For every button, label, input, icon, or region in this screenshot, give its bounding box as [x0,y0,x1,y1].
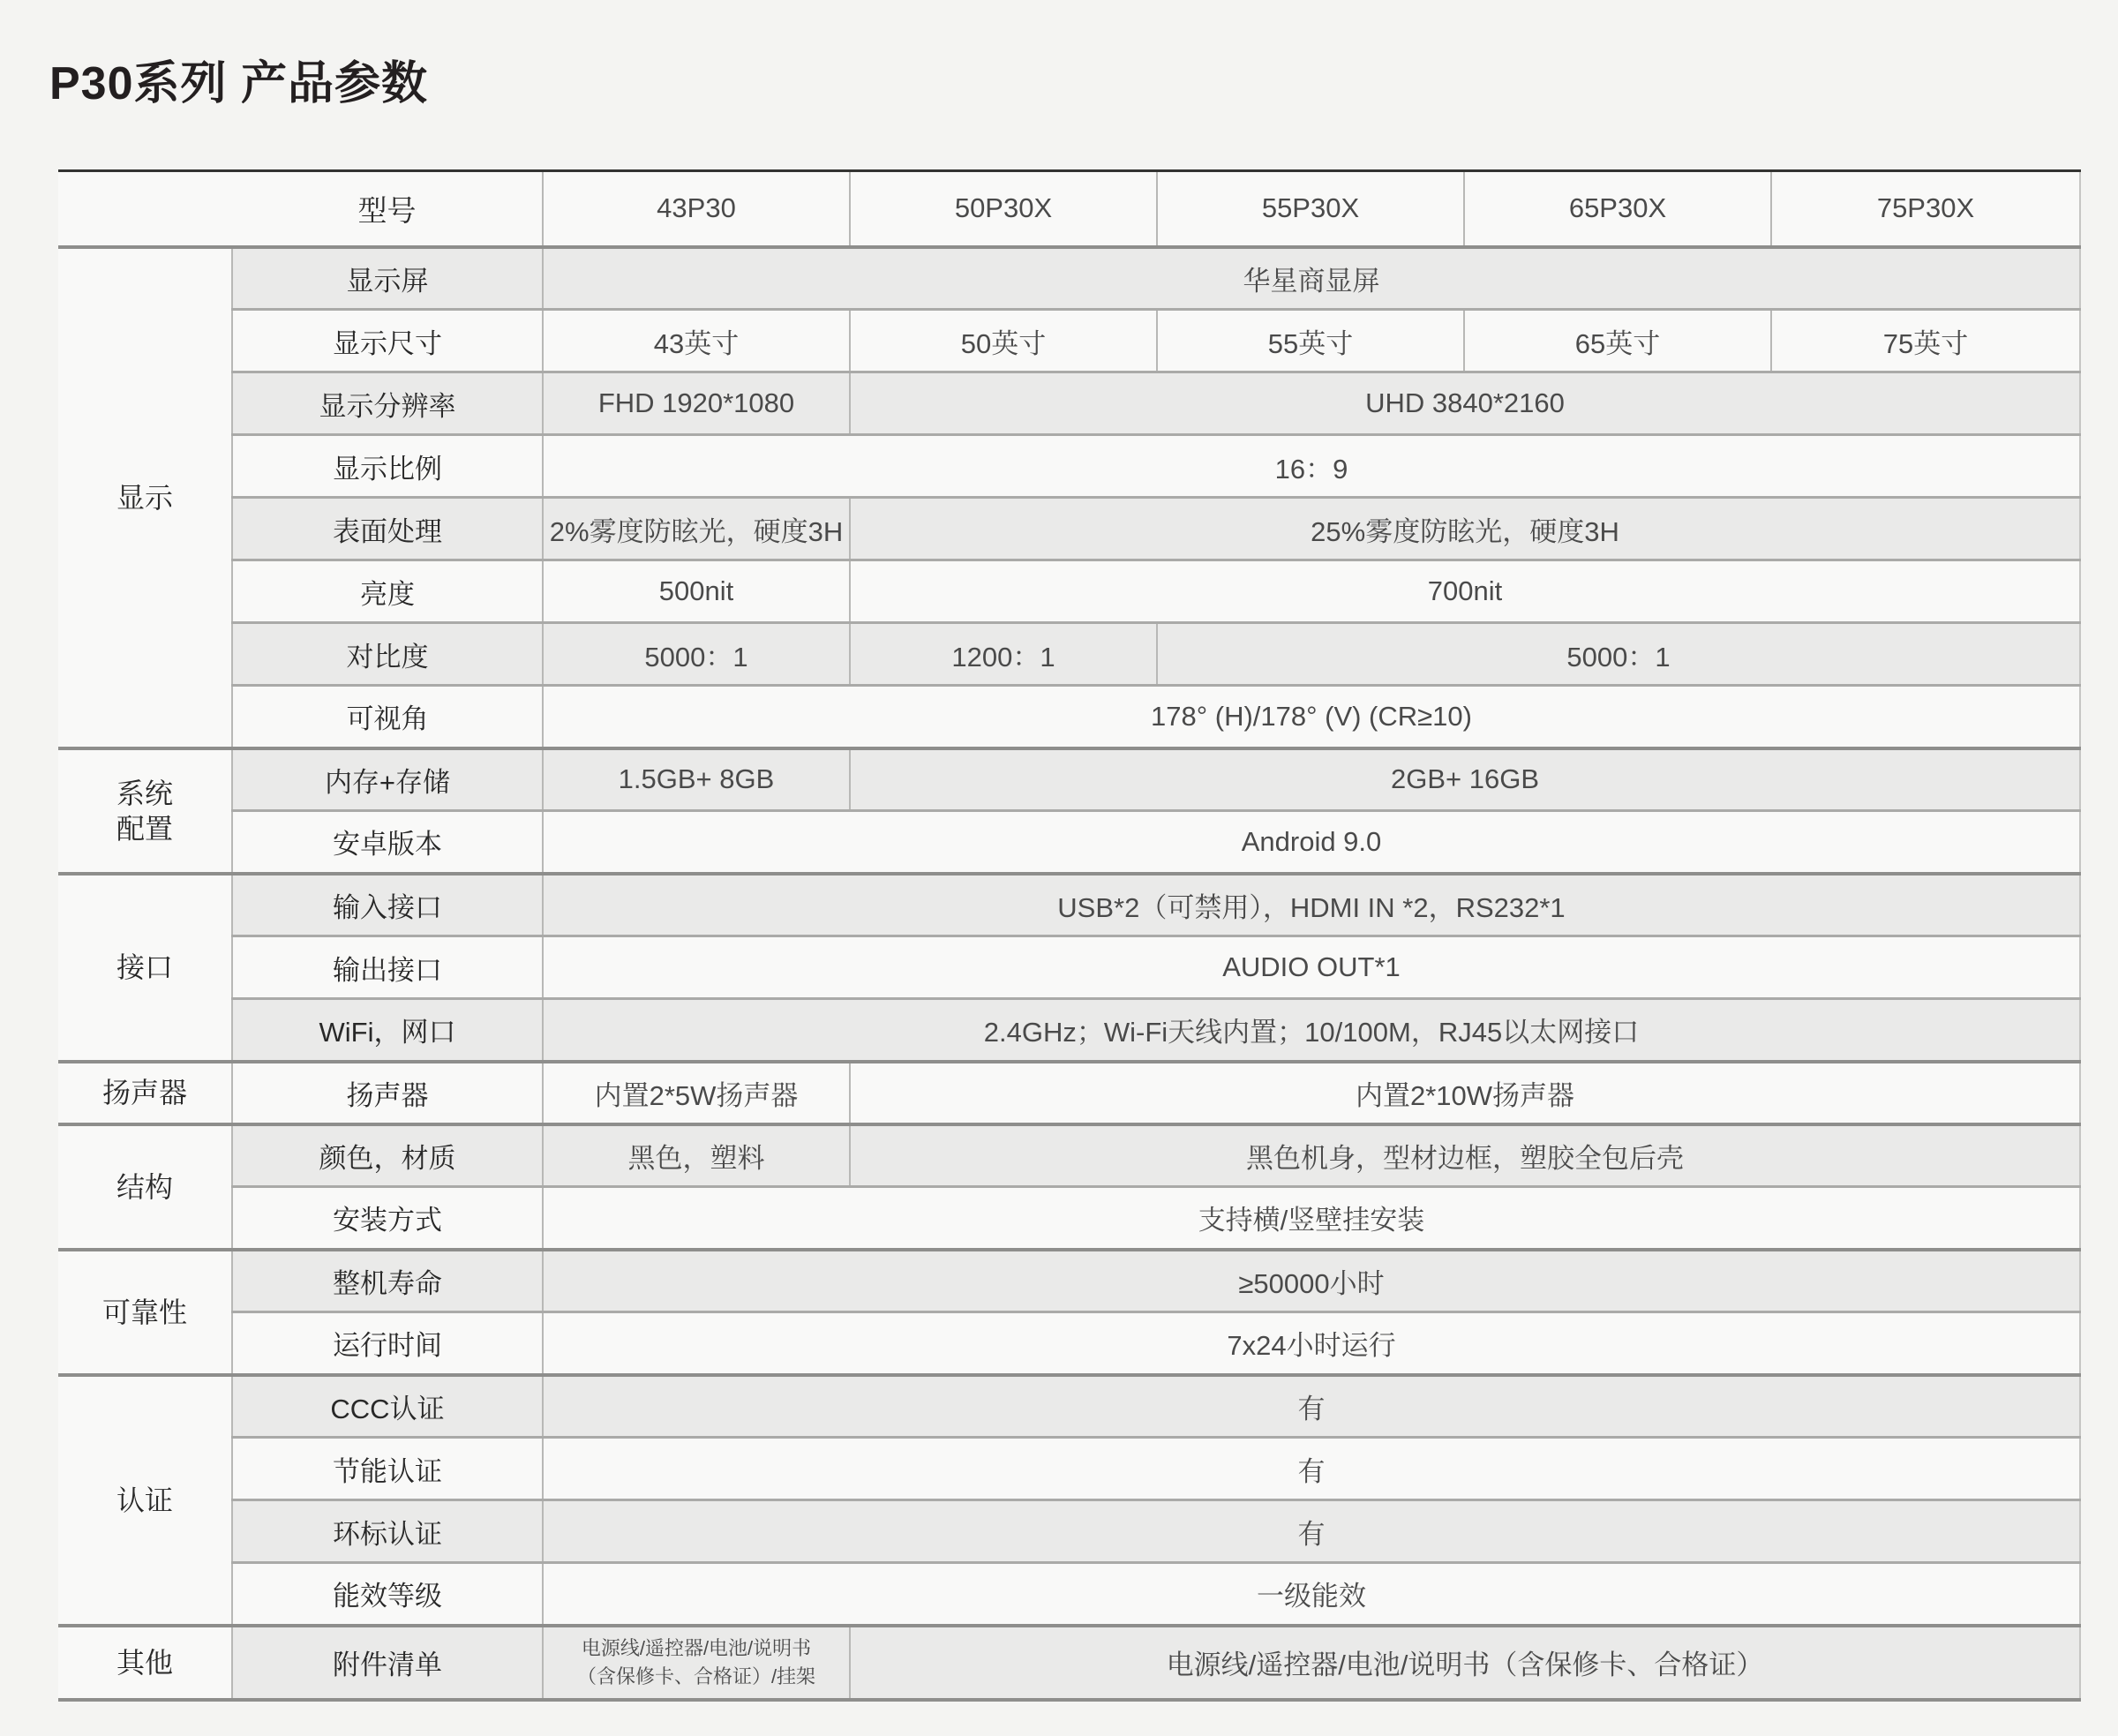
value-cell: AUDIO OUT*1 [543,936,2080,999]
column-header-model-55p30x: 55P30X [1157,171,1464,247]
value-cell: 2.4GHz；Wi-Fi天线内置；10/100M，RJ45以太网接口 [543,999,2080,1062]
row-label: CCC认证 [232,1375,543,1438]
value-cell: 700nit [850,560,2080,623]
value-cell: 50英寸 [850,310,1157,372]
table-row: 运行时间 7x24小时运行 [58,1312,2080,1375]
row-label: 环标认证 [232,1500,543,1563]
value-cell: USB*2（可禁用），HDMI IN *2，RS232*1 [543,874,2080,936]
spec-table: 型号 43P30 50P30X 55P30X 65P30X 75P30X 显示 … [58,169,2081,1702]
table-row: 扬声器 扬声器 内置2*5W扬声器 内置2*10W扬声器 [58,1062,2080,1124]
table-row: 亮度 500nit 700nit [58,560,2080,623]
category-cell-speaker: 扬声器 [58,1062,232,1124]
table-row: 表面处理 2%雾度防眩光，硬度3H 25%雾度防眩光，硬度3H [58,498,2080,560]
row-label: 显示尺寸 [232,310,543,372]
table-row: 安卓版本 Android 9.0 [58,811,2080,874]
value-cell: Android 9.0 [543,811,2080,874]
table-row: 系统 配置 内存+存储 1.5GB+ 8GB 2GB+ 16GB [58,748,2080,811]
column-header-model-75p30x: 75P30X [1771,171,2080,247]
table-row: 显示分辨率 FHD 1920*1080 UHD 3840*2160 [58,372,2080,435]
value-cell: 7x24小时运行 [543,1312,2080,1375]
row-label: 运行时间 [232,1312,543,1375]
value-cell: 65英寸 [1464,310,1771,372]
value-cell: 有 [543,1438,2080,1500]
value-cell: 5000：1 [1157,623,2080,686]
category-cell-display: 显示 [58,247,232,748]
value-cell: ≥50000小时 [543,1250,2080,1312]
value-cell: 75英寸 [1771,310,2080,372]
table-row: 显示 显示屏 华星商显屏 [58,247,2080,310]
value-cell: 5000：1 [543,623,850,686]
category-cell-certification: 认证 [58,1375,232,1626]
table-row: 其他 附件清单 电源线/遥控器/电池/说明书 （含保修卡、合格证）/挂架 电源线… [58,1626,2080,1700]
column-header-model-50p30x: 50P30X [850,171,1157,247]
table-row: 节能认证 有 [58,1438,2080,1500]
row-label: 输入接口 [232,874,543,936]
value-cell: FHD 1920*1080 [543,372,850,435]
page: { "page": { "title": "P30系列 产品参数" }, "ta… [0,0,2118,1736]
row-label: 表面处理 [232,498,543,560]
value-cell: 电源线/遥控器/电池/说明书 （含保修卡、合格证）/挂架 [543,1626,850,1700]
category-cell-other: 其他 [58,1626,232,1700]
row-label: 颜色，材质 [232,1124,543,1187]
table-row: 结构 颜色，材质 黑色，塑料 黑色机身，型材边框，塑胶全包后壳 [58,1124,2080,1187]
model-row-label: 型号 [232,171,543,247]
category-cell-structure: 结构 [58,1124,232,1250]
row-label: 能效等级 [232,1563,543,1626]
value-cell: 支持横/竖壁挂安装 [543,1187,2080,1250]
column-header-model-43p30: 43P30 [543,171,850,247]
table-header-row: 型号 43P30 50P30X 55P30X 65P30X 75P30X [58,171,2080,247]
value-cell: 有 [543,1375,2080,1438]
table-row: WiFi，网口 2.4GHz；Wi-Fi天线内置；10/100M，RJ45以太网… [58,999,2080,1062]
row-label: 节能认证 [232,1438,543,1500]
row-label: 扬声器 [232,1062,543,1124]
row-label: 显示屏 [232,247,543,310]
row-label: 输出接口 [232,936,543,999]
value-cell: 1.5GB+ 8GB [543,748,850,811]
table-row: 输出接口 AUDIO OUT*1 [58,936,2080,999]
category-cell-ports: 接口 [58,874,232,1062]
row-label: 对比度 [232,623,543,686]
table-row: 可视角 178° (H)/178° (V) (CR≥10) [58,686,2080,748]
value-cell: 一级能效 [543,1563,2080,1626]
table-row: 对比度 5000：1 1200：1 5000：1 [58,623,2080,686]
row-label: 显示分辨率 [232,372,543,435]
table-row: 显示比例 16：9 [58,435,2080,498]
value-cell: 25%雾度防眩光，硬度3H [850,498,2080,560]
value-cell: 黑色机身，型材边框，塑胶全包后壳 [850,1124,2080,1187]
row-label: 安卓版本 [232,811,543,874]
column-header-model-65p30x: 65P30X [1464,171,1771,247]
category-cell-system: 系统 配置 [58,748,232,874]
row-label: 显示比例 [232,435,543,498]
table-row: 可靠性 整机寿命 ≥50000小时 [58,1250,2080,1312]
corner-cell [58,171,232,247]
value-cell: UHD 3840*2160 [850,372,2080,435]
value-cell: 43英寸 [543,310,850,372]
row-label: WiFi，网口 [232,999,543,1062]
row-label: 整机寿命 [232,1250,543,1312]
table-row: 安装方式 支持横/竖壁挂安装 [58,1187,2080,1250]
row-label: 安装方式 [232,1187,543,1250]
value-cell: 内置2*5W扬声器 [543,1062,850,1124]
value-cell: 内置2*10W扬声器 [850,1062,2080,1124]
value-cell: 1200：1 [850,623,1157,686]
table-row: 显示尺寸 43英寸 50英寸 55英寸 65英寸 75英寸 [58,310,2080,372]
value-cell: 55英寸 [1157,310,1464,372]
value-cell: 电源线/遥控器/电池/说明书（含保修卡、合格证） [850,1626,2080,1700]
row-label: 内存+存储 [232,748,543,811]
value-cell: 2%雾度防眩光，硬度3H [543,498,850,560]
value-cell: 16：9 [543,435,2080,498]
row-label: 附件清单 [232,1626,543,1700]
value-cell: 500nit [543,560,850,623]
table-row: 认证 CCC认证 有 [58,1375,2080,1438]
value-cell: 178° (H)/178° (V) (CR≥10) [543,686,2080,748]
value-cell: 华星商显屏 [543,247,2080,310]
page-title: P30系列 产品参数 [49,46,428,112]
row-label: 可视角 [232,686,543,748]
value-cell: 2GB+ 16GB [850,748,2080,811]
row-label: 亮度 [232,560,543,623]
table-row: 环标认证 有 [58,1500,2080,1563]
value-cell: 黑色，塑料 [543,1124,850,1187]
value-cell: 有 [543,1500,2080,1563]
category-cell-reliability: 可靠性 [58,1250,232,1375]
table-row: 能效等级 一级能效 [58,1563,2080,1626]
table-row: 接口 输入接口 USB*2（可禁用），HDMI IN *2，RS232*1 [58,874,2080,936]
